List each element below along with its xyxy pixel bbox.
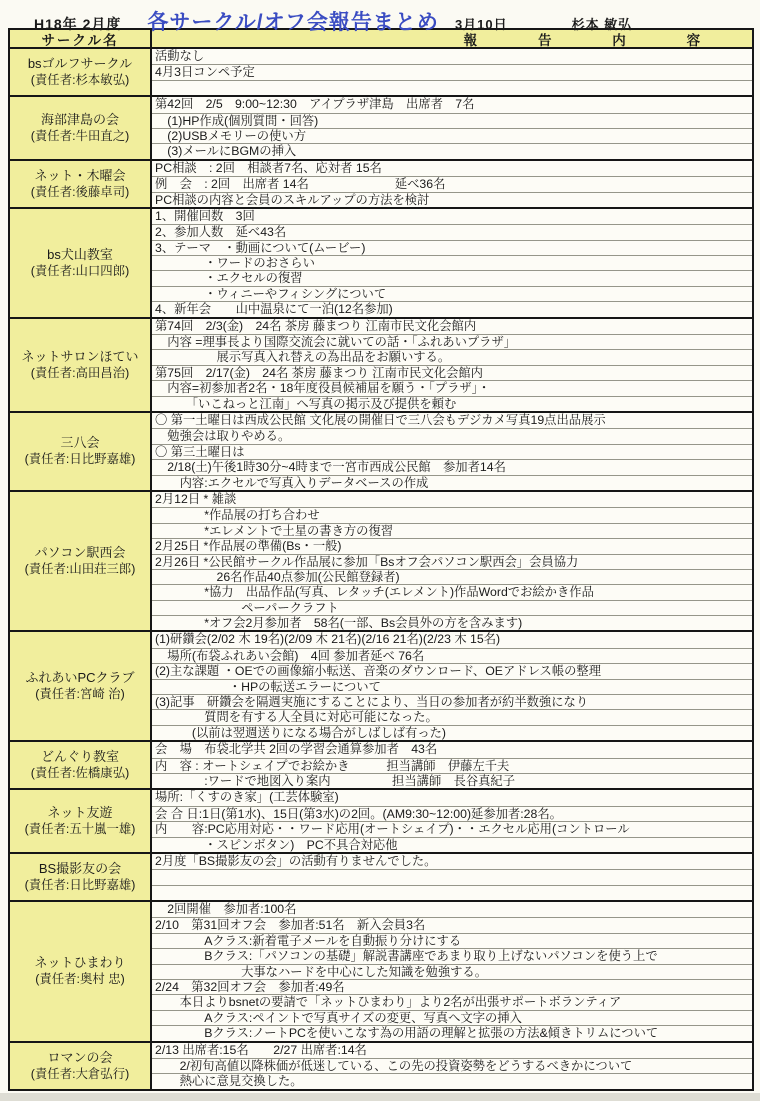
report-lines: 第74回 2/3(金) 24名 茶房 藤まつり 江南市民文化会館内 内容 =理事… <box>152 319 752 411</box>
circle-name-cell: どんぐり教室 (責任者:佐橋康弘) <box>10 742 152 788</box>
report-line: 4月3日コンペ予定 <box>152 64 752 79</box>
circle-row: ネット・木曜会 (責任者:後藤卓司) PC相談 : 2回 相談者7名、応対者 1… <box>10 159 752 207</box>
circle-leader: (責任者:後藤卓司) <box>31 184 129 200</box>
circle-name-cell: bs犬山教室 (責任者:山口四郎) <box>10 209 152 317</box>
circle-name-cell: bsゴルフサークル (責任者:杉本敏弘) <box>10 49 152 95</box>
circle-name: パソコン駅西会 <box>35 545 126 561</box>
scan-edge <box>0 1093 760 1101</box>
circle-name: 海部津島の会 <box>41 112 119 128</box>
report-line: (3)メールにBGMの挿入 <box>152 143 752 158</box>
report-line: *協力 出品作品(写真、レタッチ(エレメント)作品Wordでお絵かき作品 <box>152 584 752 599</box>
circle-leader: (責任者:山田荘三郎) <box>25 561 136 577</box>
report-line: (以前は翌週送りになる場合がしばしば有った) <box>152 725 752 740</box>
circle-row: ネットサロンほてい (責任者:高田昌治) 第74回 2/3(金) 24名 茶房 … <box>10 317 752 411</box>
circle-name: 三八会 <box>60 435 99 451</box>
report-line: ・HPの転送エラーについて <box>152 679 752 694</box>
report-line: 内 容:PC応用対応・・ワード応用(オートシェイプ)・・エクセル応用(コントロー… <box>152 821 752 836</box>
report-header-char: 報 <box>464 29 478 49</box>
report-line: 大事なハードを中心にした知識を勉強する。 <box>152 964 752 979</box>
report-line: 例 会 : 2回 出席者 14名 延べ36名 <box>152 176 752 191</box>
circle-row: 海部津島の会 (責任者:牛田直之) 第42回 2/5 9:00~12:30 アイ… <box>10 95 752 159</box>
circle-name-cell: ネットひまわり (責任者:奥村 忠) <box>10 902 152 1041</box>
circle-row: bsゴルフサークル (責任者:杉本敏弘) 活動なし4月3日コンペ予定 <box>10 47 752 95</box>
circle-name: ロマンの会 <box>47 1050 112 1066</box>
report-lines: 2月度「BS撮影友の会」の活動有りませんでした。 <box>152 854 752 900</box>
circle-row: パソコン駅西会 (責任者:山田荘三郎) 2月12日 * 雑談 *作品展の打ち合わ… <box>10 490 752 631</box>
circles-report-table: サークル名 報 告 内 容 bsゴルフサークル (責任者:杉本敏弘) 活動なし4… <box>8 28 754 1091</box>
circle-name-column-header: サークル名 <box>10 30 152 47</box>
document-header: H18年 2月度 各サークル/オフ会報告まとめ 3月10日 杉本 敏弘 <box>0 0 760 28</box>
report-line: 場所(布袋ふれあい会館) 4回 参加者延べ 76名 <box>152 648 752 663</box>
circle-row: BS撮影友の会 (責任者:日比野嘉雄) 2月度「BS撮影友の会」の活動有りません… <box>10 852 752 900</box>
circle-name: ネットサロンほてい <box>21 349 138 365</box>
scanned-report-page: H18年 2月度 各サークル/オフ会報告まとめ 3月10日 杉本 敏弘 サークル… <box>0 0 760 1101</box>
circle-leader: (責任者:宮崎 治) <box>35 686 124 702</box>
report-line: :ワードで地図入り案内 担当講師 長谷真紀子 <box>152 773 752 788</box>
report-line: 2月度「BS撮影友の会」の活動有りませんでした。 <box>152 854 752 869</box>
circle-row: どんぐり教室 (責任者:佐橋康弘) 会 場 布袋北学共 2回の学習会通算参加者 … <box>10 740 752 788</box>
report-line: 質問を有する人全員に対応可能になった。 <box>152 709 752 724</box>
report-line: 内容=初参加者2名・18年度役員候補届を願う・「プラザ」・ <box>152 380 752 395</box>
circle-name-cell: ネットサロンほてい (責任者:高田昌治) <box>10 319 152 411</box>
report-line: (1)HP作成(個別質問・回答) <box>152 113 752 128</box>
report-line: (2)USBメモリーの使い方 <box>152 128 752 143</box>
circle-name-cell: 海部津島の会 (責任者:牛田直之) <box>10 97 152 159</box>
report-line: *作品展の打ち合わせ <box>152 507 752 522</box>
report-lines: 活動なし4月3日コンペ予定 <box>152 49 752 95</box>
report-line: 2月25日 *作品展の準備(Bs・一般) <box>152 538 752 553</box>
report-line: (3)記事 研鑽会を隔週実施にすることにより、当日の参加者が約半数強になり <box>152 694 752 709</box>
report-line: 会 場 布袋北学共 2回の学習会通算参加者 43名 <box>152 742 752 757</box>
report-line: 会 合 日:1日(第1水)、15日(第3水)の2回。(AM9:30~12:00)… <box>152 806 752 821</box>
report-line: 熱心に意見交換した。 <box>152 1073 752 1088</box>
circle-name: どんぐり教室 <box>41 749 119 765</box>
circle-leader: (責任者:高田昌治) <box>31 365 129 381</box>
circle-name-cell: パソコン駅西会 (責任者:山田荘三郎) <box>10 492 152 631</box>
report-line: 3、テーマ ・動画について(ムービー) <box>152 240 752 255</box>
report-line: 内容 =理事長より国際交流会に就いての話・「ふれあいプラザ」 <box>152 334 752 349</box>
report-line: Bクラス:「パソコンの基礎」解説書講座であまり取り上げないパソコンを使う上で <box>152 948 752 963</box>
report-line: 2/初旬高値以降株価が低迷している、この先の投資姿勢をどうするべきかについて <box>152 1058 752 1073</box>
report-line: 本日よりbsnetの要請で「ネットひまわり」より2名が出張サポートボランティア <box>152 994 752 1009</box>
report-line: 「いこねっと江南」へ写真の掲示及び提供を頼む <box>152 396 752 411</box>
report-line: 2/10 第31回オフ会 参加者:51名 新入会員3名 <box>152 917 752 932</box>
report-line: *オフ会2月参加者 58名(一部、Bs会員外の方を含みます) <box>152 615 752 630</box>
circle-name-cell: ふれあいPCクラブ (責任者:宮崎 治) <box>10 632 152 740</box>
report-line: ペーパークラフト <box>152 600 752 615</box>
report-line: 展示写真入れ替えの為出品をお願いする。 <box>152 349 752 364</box>
report-line: 第75回 2/17(金) 24名 茶房 藤まつり 江南市民文化会館内 <box>152 365 752 380</box>
report-line: Bクラス:ノートPCを使いこなす為の用語の理解と拡張の方法&傾きトリムについて <box>152 1025 752 1040</box>
circle-row: ふれあいPCクラブ (責任者:宮崎 治) (1)研鑽会(2/02 木 19名)(… <box>10 630 752 740</box>
report-line: PC相談の内容と会員のスキルアップの方法を検討 <box>152 192 752 207</box>
circle-row: ロマンの会 (責任者:大倉弘行) 2/13 出席者:15名 2/27 出席者:1… <box>10 1041 752 1089</box>
report-line: ・エクセルの復習 <box>152 270 752 285</box>
circle-row: ネット友遊 (責任者:五十嵐一雄) 場所:「くすのき家」(工芸体験室)会 合 日… <box>10 788 752 852</box>
table-header-row: サークル名 報 告 内 容 <box>10 30 752 47</box>
report-lines: 場所:「くすのき家」(工芸体験室)会 合 日:1日(第1水)、15日(第3水)の… <box>152 790 752 852</box>
circle-name: ふれあいPCクラブ <box>25 670 134 686</box>
report-line: *エレメントで土星の書き方の復習 <box>152 523 752 538</box>
report-lines: 会 場 布袋北学共 2回の学習会通算参加者 43名内 容 : オートシェイプでお… <box>152 742 752 788</box>
report-line: (1)研鑽会(2/02 木 19名)(2/09 木 21名)(2/16 21名)… <box>152 632 752 647</box>
circle-name-cell: ネット・木曜会 (責任者:後藤卓司) <box>10 161 152 207</box>
circle-leader: (責任者:大倉弘行) <box>31 1066 129 1082</box>
report-line: 2/24 第32回オフ会 参加者:49名 <box>152 979 752 994</box>
circle-leader: (責任者:山口四郎) <box>31 263 129 279</box>
circle-name-cell: ロマンの会 (責任者:大倉弘行) <box>10 1043 152 1089</box>
circle-name: ネット友遊 <box>47 805 112 821</box>
circle-leader: (責任者:日比野嘉雄) <box>25 877 136 893</box>
report-line: 2回開催 参加者:100名 <box>152 902 752 917</box>
circle-leader: (責任者:奥村 忠) <box>35 971 124 987</box>
circle-row: bs犬山教室 (責任者:山口四郎) 1、開催回数 3回2、参加人数 延べ43名3… <box>10 207 752 317</box>
report-line: Aクラス:新着電子メールを自動振り分けにする <box>152 933 752 948</box>
report-line <box>152 885 752 900</box>
circle-row: 三八会 (責任者:日比野嘉雄) 〇 第一土曜日は西成公民館 文化展の開催日で三八… <box>10 411 752 490</box>
report-line: ・ワードのおさらい <box>152 255 752 270</box>
report-line: 4、新年会 山中温泉にて一泊(12名参加) <box>152 301 752 316</box>
report-line: (2)主な課題 ・OEでの画像縮小転送、音楽のダウンロード、OEアドレス帳の整理 <box>152 663 752 678</box>
circle-leader: (責任者:佐橋康弘) <box>31 765 129 781</box>
report-lines: 2/13 出席者:15名 2/27 出席者:14名 2/初旬高値以降株価が低迷し… <box>152 1043 752 1089</box>
report-line: 2月26日 *公民館サークル作品展に参加「Bsオフ会パソコン駅西会」会員協力 <box>152 554 752 569</box>
report-line: 勉強会は取りやめる。 <box>152 428 752 443</box>
report-lines: 2月12日 * 雑談 *作品展の打ち合わせ *エレメントで土星の書き方の復習2月… <box>152 492 752 631</box>
circle-row: ネットひまわり (責任者:奥村 忠) 2回開催 参加者:100名2/10 第31… <box>10 900 752 1041</box>
report-line: 1、開催回数 3回 <box>152 209 752 224</box>
report-line: 〇 第一土曜日は西成公民館 文化展の開催日で三八会もデジカメ写真19点出品展示 <box>152 413 752 428</box>
report-line: 〇 第三土曜日は <box>152 444 752 459</box>
report-content-column-header: 報 告 内 容 <box>152 30 752 47</box>
report-line: 2/13 出席者:15名 2/27 出席者:14名 <box>152 1043 752 1058</box>
report-line: 場所:「くすのき家」(工芸体験室) <box>152 790 752 805</box>
circle-leader: (責任者:日比野嘉雄) <box>25 451 136 467</box>
circles-table-body: bsゴルフサークル (責任者:杉本敏弘) 活動なし4月3日コンペ予定 海部津島の… <box>10 47 752 1089</box>
circle-name-cell: BS撮影友の会 (責任者:日比野嘉雄) <box>10 854 152 900</box>
report-lines: 第42回 2/5 9:00~12:30 アイプラザ津島 出席者 7名 (1)HP… <box>152 97 752 159</box>
report-line <box>152 869 752 884</box>
report-lines: (1)研鑽会(2/02 木 19名)(2/09 木 21名)(2/16 21名)… <box>152 632 752 740</box>
report-header-char: 内 <box>612 29 626 49</box>
report-line: 内容:エクセルで写真入りデータベースの作成 <box>152 475 752 490</box>
report-line: ・ウィニーやフィシングについて <box>152 286 752 301</box>
circle-name: bs犬山教室 <box>47 247 113 263</box>
report-lines: PC相談 : 2回 相談者7名、応対者 15名例 会 : 2回 出席者 14名 … <box>152 161 752 207</box>
report-line: Aクラス:ペイントで写真サイズの変更、写真へ文字の挿入 <box>152 1010 752 1025</box>
report-lines: 1、開催回数 3回2、参加人数 延べ43名3、テーマ ・動画について(ムービー)… <box>152 209 752 317</box>
circle-leader: (責任者:牛田直之) <box>31 128 129 144</box>
circle-name-cell: ネット友遊 (責任者:五十嵐一雄) <box>10 790 152 852</box>
report-header-char: 容 <box>687 29 701 49</box>
report-line: 内 容 : オートシェイプでお絵かき 担当講師 伊藤左千夫 <box>152 758 752 773</box>
circle-name: ネットひまわり <box>34 955 125 971</box>
report-header-char: 告 <box>538 29 552 49</box>
circle-name: BS撮影友の会 <box>39 861 121 877</box>
report-lines: 〇 第一土曜日は西成公民館 文化展の開催日で三八会もデジカメ写真19点出品展示 … <box>152 413 752 490</box>
report-line: 2月12日 * 雑談 <box>152 492 752 507</box>
report-line: 2、参加人数 延べ43名 <box>152 224 752 239</box>
circle-name: bsゴルフサークル <box>28 56 132 72</box>
report-line: PC相談 : 2回 相談者7名、応対者 15名 <box>152 161 752 176</box>
report-line: 2/18(土)午後1時30分~4時まで一宮市西成公民館 参加者14名 <box>152 459 752 474</box>
report-line: 活動なし <box>152 49 752 64</box>
circle-name-cell: 三八会 (責任者:日比野嘉雄) <box>10 413 152 490</box>
report-line: 26名作品40点参加(公民館登録者) <box>152 569 752 584</box>
circle-name: ネット・木曜会 <box>34 168 125 184</box>
report-line: ・スピンボタン) PC不具合対応他 <box>152 837 752 852</box>
report-line: 第42回 2/5 9:00~12:30 アイプラザ津島 出席者 7名 <box>152 97 752 112</box>
circle-leader: (責任者:五十嵐一雄) <box>25 821 136 837</box>
circle-leader: (責任者:杉本敏弘) <box>31 72 129 88</box>
report-line <box>152 80 752 95</box>
report-lines: 2回開催 参加者:100名2/10 第31回オフ会 参加者:51名 新入会員3名… <box>152 902 752 1041</box>
report-line: 第74回 2/3(金) 24名 茶房 藤まつり 江南市民文化会館内 <box>152 319 752 334</box>
